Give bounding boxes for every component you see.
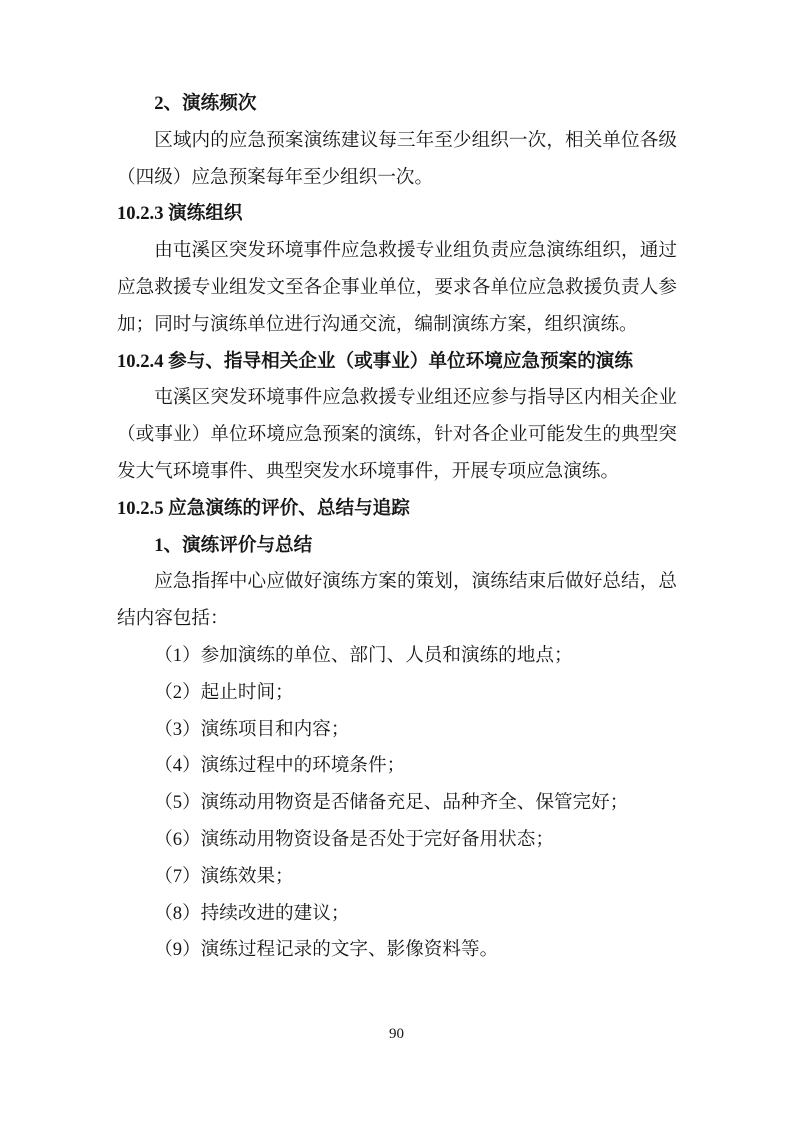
list-item-5: （5）演练动用物资是否储备充足、品种齐全、保管完好； xyxy=(117,785,677,822)
paragraph-drill-organization: 由屯溪区突发环境事件应急救援专业组负责应急演练组织，通过应急救援专业组发文至各企… xyxy=(117,233,677,343)
document-body: 2、演练频次 区域内的应急预案演练建议每三年至少组织一次，相关单位各级（四级）应… xyxy=(117,86,677,969)
paragraph-summary-intro: 应急指挥中心应做好演练方案的策划，演练结束后做好总结，总结内容包括： xyxy=(117,564,677,638)
subheading-drill-evaluation: 1、演练评价与总结 xyxy=(117,528,677,565)
list-item-8: （8）持续改进的建议； xyxy=(117,896,677,933)
heading-10-2-3: 10.2.3 演练组织 xyxy=(117,196,677,233)
list-item-9: （9）演练过程记录的文字、影像资料等。 xyxy=(117,932,677,969)
page-number: 90 xyxy=(0,1024,793,1044)
heading-10-2-4: 10.2.4 参与、指导相关企业（或事业）单位环境应急预案的演练 xyxy=(117,344,677,381)
list-item-1: （1）参加演练的单位、部门、人员和演练的地点； xyxy=(117,638,677,675)
subheading-drill-frequency: 2、演练频次 xyxy=(117,86,677,123)
list-item-4: （4）演练过程中的环境条件； xyxy=(117,748,677,785)
paragraph-enterprise-drill: 屯溪区突发环境事件应急救援专业组还应参与指导区内相关企业（或事业）单位环境应急预… xyxy=(117,380,677,490)
list-item-2: （2）起止时间； xyxy=(117,675,677,712)
list-item-3: （3）演练项目和内容； xyxy=(117,712,677,749)
document-page: 2、演练频次 区域内的应急预案演练建议每三年至少组织一次，相关单位各级（四级）应… xyxy=(0,0,793,1122)
list-item-6: （6）演练动用物资设备是否处于完好备用状态； xyxy=(117,822,677,859)
paragraph-drill-frequency: 区域内的应急预案演练建议每三年至少组织一次，相关单位各级（四级）应急预案每年至少… xyxy=(117,123,677,197)
list-item-7: （7）演练效果； xyxy=(117,859,677,896)
heading-10-2-5: 10.2.5 应急演练的评价、总结与追踪 xyxy=(117,491,677,528)
